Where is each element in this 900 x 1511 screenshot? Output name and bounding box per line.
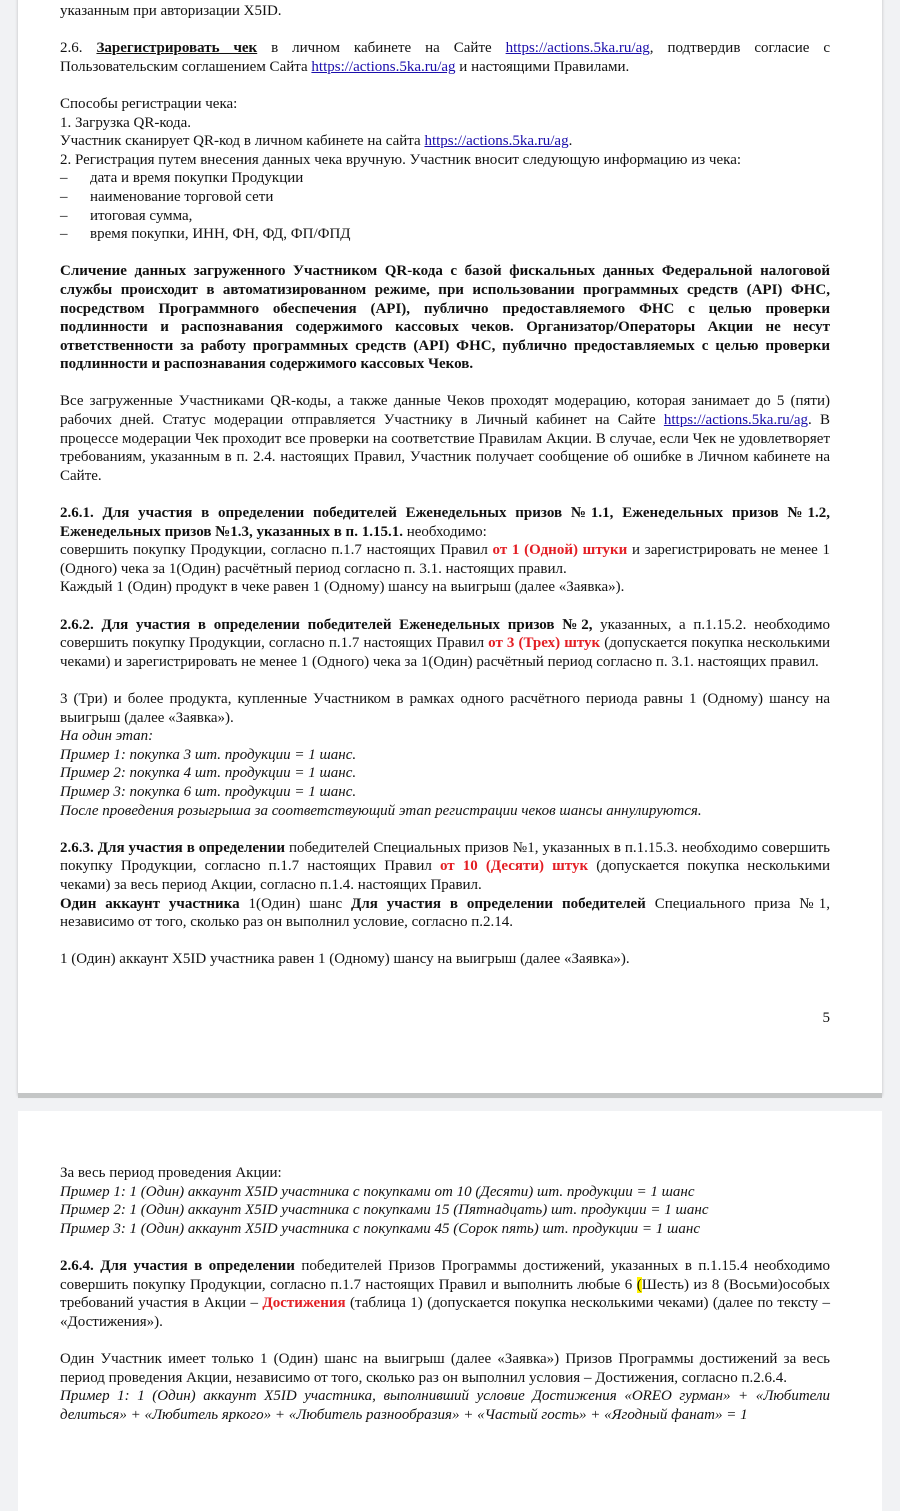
dash-bullet: –	[60, 225, 90, 244]
method-1: 1. Загрузка QR-кода.	[60, 114, 830, 133]
italic-line: Пример 1: 1 (Один) аккаунт X5ID участник…	[60, 1387, 830, 1424]
section-2-6: 2.6. Зарегистрировать чек в личном кабин…	[60, 39, 830, 76]
dash-bullet: –	[60, 169, 90, 188]
list-item: –итоговая сумма,	[60, 207, 830, 226]
paragraph: Один аккаунт участника 1(Один) шанс Для …	[60, 895, 830, 932]
site-link[interactable]: https://actions.5ka.ru/ag	[311, 59, 455, 75]
highlight-red: Достижения	[262, 1295, 345, 1311]
italic-line: Пример 3: 1 (Один) аккаунт X5ID участник…	[60, 1220, 830, 1239]
highlight-red: от 1 (Одной) штуки	[493, 542, 628, 558]
page-content: За весь период проведения Акции: Пример …	[60, 1164, 830, 1424]
method-1-desc: Участник сканирует QR-код в личном кабин…	[60, 132, 830, 151]
highlight-red: от 3 (Трех) штук	[488, 635, 600, 651]
italic-line: Пример 3: покупка 6 шт. продукции = 1 ша…	[60, 783, 830, 802]
page-number: 5	[823, 1010, 831, 1027]
paragraph: За весь период проведения Акции:	[60, 1164, 830, 1183]
document-page-6: За весь период проведения Акции: Пример …	[18, 1111, 882, 1440]
paragraph: 3 (Три) и более продукта, купленные Учас…	[60, 690, 830, 727]
dash-bullet: –	[60, 188, 90, 207]
bold-paragraph: Сличение данных загруженного Участником …	[60, 262, 830, 374]
methods-title: Способы регистрации чека:	[60, 95, 830, 114]
italic-line: Пример 2: покупка 4 шт. продукции = 1 ша…	[60, 764, 830, 783]
list-item: –дата и время покупки Продукции	[60, 169, 830, 188]
moderation-paragraph: Все загруженные Участниками QR-коды, а т…	[60, 392, 830, 485]
site-link[interactable]: https://actions.5ka.ru/ag	[506, 40, 650, 56]
list-item: –время покупки, ИНН, ФН, ФД, ФП/ФПД	[60, 225, 830, 244]
italic-line: Пример 1: 1 (Один) аккаунт X5ID участник…	[60, 1183, 830, 1202]
site-link[interactable]: https://actions.5ka.ru/ag	[424, 133, 568, 149]
paragraph: указанным при авторизации X5ID.	[60, 2, 830, 21]
highlight-red: от 10 (Десяти) штук	[440, 858, 588, 874]
document-page-5: указанным при авторизации X5ID. 2.6. Зар…	[18, 0, 882, 1093]
site-link[interactable]: https://actions.5ka.ru/ag	[664, 412, 808, 428]
italic-line: После проведения розыгрыша за соответств…	[60, 802, 830, 821]
italic-line: Пример 2: 1 (Один) аккаунт X5ID участник…	[60, 1201, 830, 1220]
section-2-6-4: 2.6.4. Для участия в определении победит…	[60, 1257, 830, 1331]
dash-bullet: –	[60, 207, 90, 226]
section-2-6-2: 2.6.2. Для участия в определении победит…	[60, 616, 830, 672]
method-2: 2. Регистрация путем внесения данных чек…	[60, 151, 830, 170]
italic-line: Пример 1: покупка 3 шт. продукции = 1 ша…	[60, 746, 830, 765]
section-heading: Зарегистрировать чек	[96, 40, 257, 56]
paragraph: Один Участник имеет только 1 (Один) шанс…	[60, 1350, 830, 1387]
italic-line: На один этап:	[60, 727, 830, 746]
section-2-6-3: 2.6.3. Для участия в определении победит…	[60, 839, 830, 895]
paragraph: Каждый 1 (Один) продукт в чеке равен 1 (…	[60, 578, 830, 597]
list-item: –наименование торговой сети	[60, 188, 830, 207]
section-2-6-1: 2.6.1. Для участия в определении победит…	[60, 504, 830, 541]
paragraph: 1 (Один) аккаунт X5ID участника равен 1 …	[60, 950, 830, 969]
paragraph: совершить покупку Продукции, согласно п.…	[60, 541, 830, 578]
page-content: указанным при авторизации X5ID. 2.6. Зар…	[60, 2, 830, 969]
